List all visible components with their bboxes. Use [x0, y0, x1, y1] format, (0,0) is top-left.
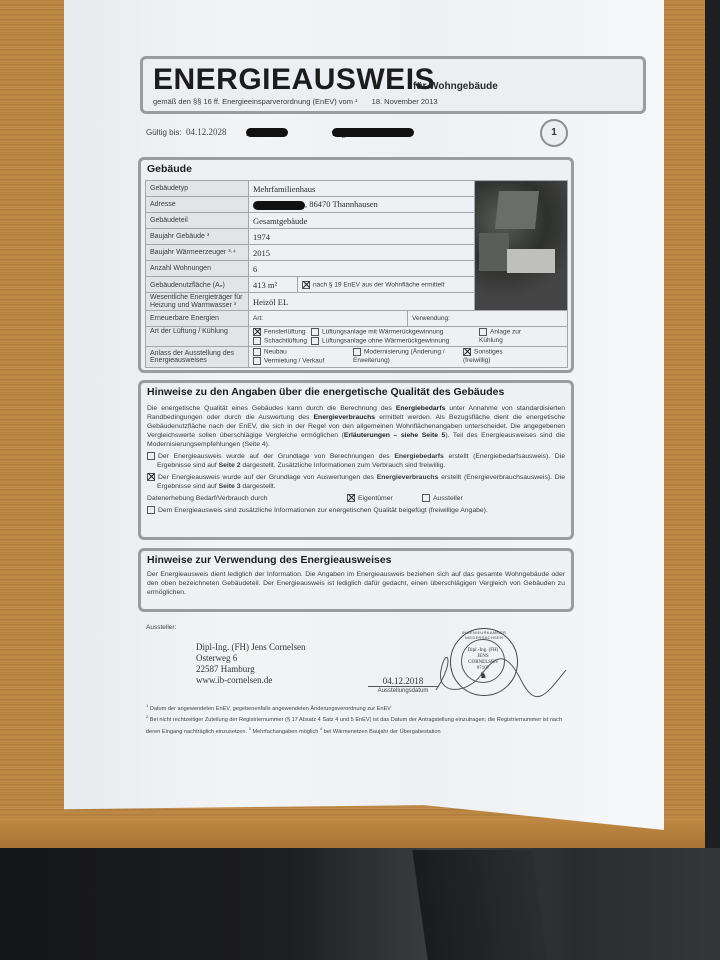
checkbox-additional-info[interactable]: [147, 506, 155, 514]
data-collection-row: Datenerhebung Bedarf/Verbrauch durch Eig…: [141, 494, 571, 503]
signature: [426, 640, 576, 700]
table-row: Art der Lüftung / Kühlung Fensterlüftung…: [146, 327, 568, 347]
checkbox-area-note[interactable]: [302, 281, 310, 289]
footnotes: 1 Datum der angewendeten EnEV, gegebenen…: [146, 702, 566, 736]
option-consumption-certificate: Der Energieausweis wurde auf der Grundla…: [141, 473, 571, 491]
building-table-lower: Erneuerbare Energien Art: Verwendung:: [145, 310, 568, 327]
valid-until-value: 04.12.2028: [186, 127, 227, 137]
checkbox-consumption-certificate[interactable]: [147, 473, 155, 481]
checkbox-demand-certificate[interactable]: [147, 452, 155, 460]
redacted-street: [253, 201, 305, 210]
building-section-title: Gebäude: [141, 160, 571, 178]
usage-notes-title: Hinweise zur Verwendung des Energieauswe…: [141, 551, 571, 570]
usage-notes-text: Der Energieausweis dient lediglich der I…: [141, 570, 571, 597]
checkbox-fensterlueftung[interactable]: [253, 328, 261, 336]
law-reference: gemäß den §§ 16 ff. Energieeinsparverord…: [153, 97, 438, 106]
issuer-label: Aussteller:: [146, 624, 176, 631]
redacted-registration-number: [332, 128, 414, 137]
option-demand-certificate: Der Energieausweis wurde auf der Grundla…: [141, 452, 571, 470]
table-row: Gebäudetyp Mehrfamilienhaus: [146, 181, 568, 197]
redacted-certificate-number: [246, 128, 288, 137]
checkbox-aussteller[interactable]: [422, 494, 430, 502]
usage-notes-section: Hinweise zur Verwendung des Energieauswe…: [138, 548, 574, 612]
checkbox-lueftung-ohne-wrg[interactable]: [311, 337, 319, 345]
building-photo: [475, 181, 568, 311]
checkbox-sonstiges[interactable]: [463, 348, 471, 356]
address-value: , 86470 Thannhausen: [249, 197, 475, 213]
page-number-badge: 1: [540, 119, 568, 147]
checkbox-kuehlung[interactable]: [479, 328, 487, 336]
checkbox-modernisierung[interactable]: [353, 348, 361, 356]
table-row: Anlass der Ausstellung des Energieauswei…: [146, 347, 568, 367]
issuer-website: www.ib-cornelsen.de: [196, 675, 306, 686]
checkbox-lueftung-mit-wrg[interactable]: [311, 328, 319, 336]
ventilation-options: Fensterlüftung Schachtlüftung Lüftungsan…: [249, 327, 568, 347]
building-table: Gebäudetyp Mehrfamilienhaus Adresse , 86…: [145, 180, 568, 311]
ventilation-table: Art der Lüftung / Kühlung Fensterlüftung…: [145, 326, 568, 368]
document-subtitle: für Wohngebäude: [413, 81, 498, 92]
checkbox-eigentuemer[interactable]: [347, 494, 355, 502]
checkbox-schachtlueftung[interactable]: [253, 337, 261, 345]
checkbox-neubau[interactable]: [253, 348, 261, 356]
reason-options: Neubau Vermietung / Verkauf Modernisieru…: [249, 347, 568, 367]
lap-background: [0, 848, 720, 960]
quality-notes-title: Hinweise zu den Angaben über die energet…: [141, 383, 571, 404]
document-title: ENERGIEAUSWEIS: [153, 63, 435, 97]
additional-info-row: Dem Energieausweis sind zusätzliche Info…: [141, 506, 571, 515]
building-section: Gebäude Gebäudetyp Mehrfamilienhaus Adre…: [138, 157, 574, 373]
valid-until-label: Gültig bis:: [146, 128, 182, 137]
trouser-fold: [412, 850, 547, 960]
area-note: nach § 19 EnEV aus der Wohnfläche ermitt…: [298, 277, 475, 293]
checkbox-vermietung[interactable]: [253, 357, 261, 365]
table-row: Erneuerbare Energien Art: Verwendung:: [146, 311, 568, 327]
document-header: ENERGIEAUSWEIS für Wohngebäude gemäß den…: [140, 56, 646, 114]
quality-notes-intro: Die energetische Qualität eines Gebäudes…: [141, 404, 571, 449]
quality-notes-section: Hinweise zu den Angaben über die energet…: [138, 380, 574, 540]
issuer-address: Dipl-Ing. (FH) Jens Cornelsen Osterweg 6…: [196, 642, 306, 686]
